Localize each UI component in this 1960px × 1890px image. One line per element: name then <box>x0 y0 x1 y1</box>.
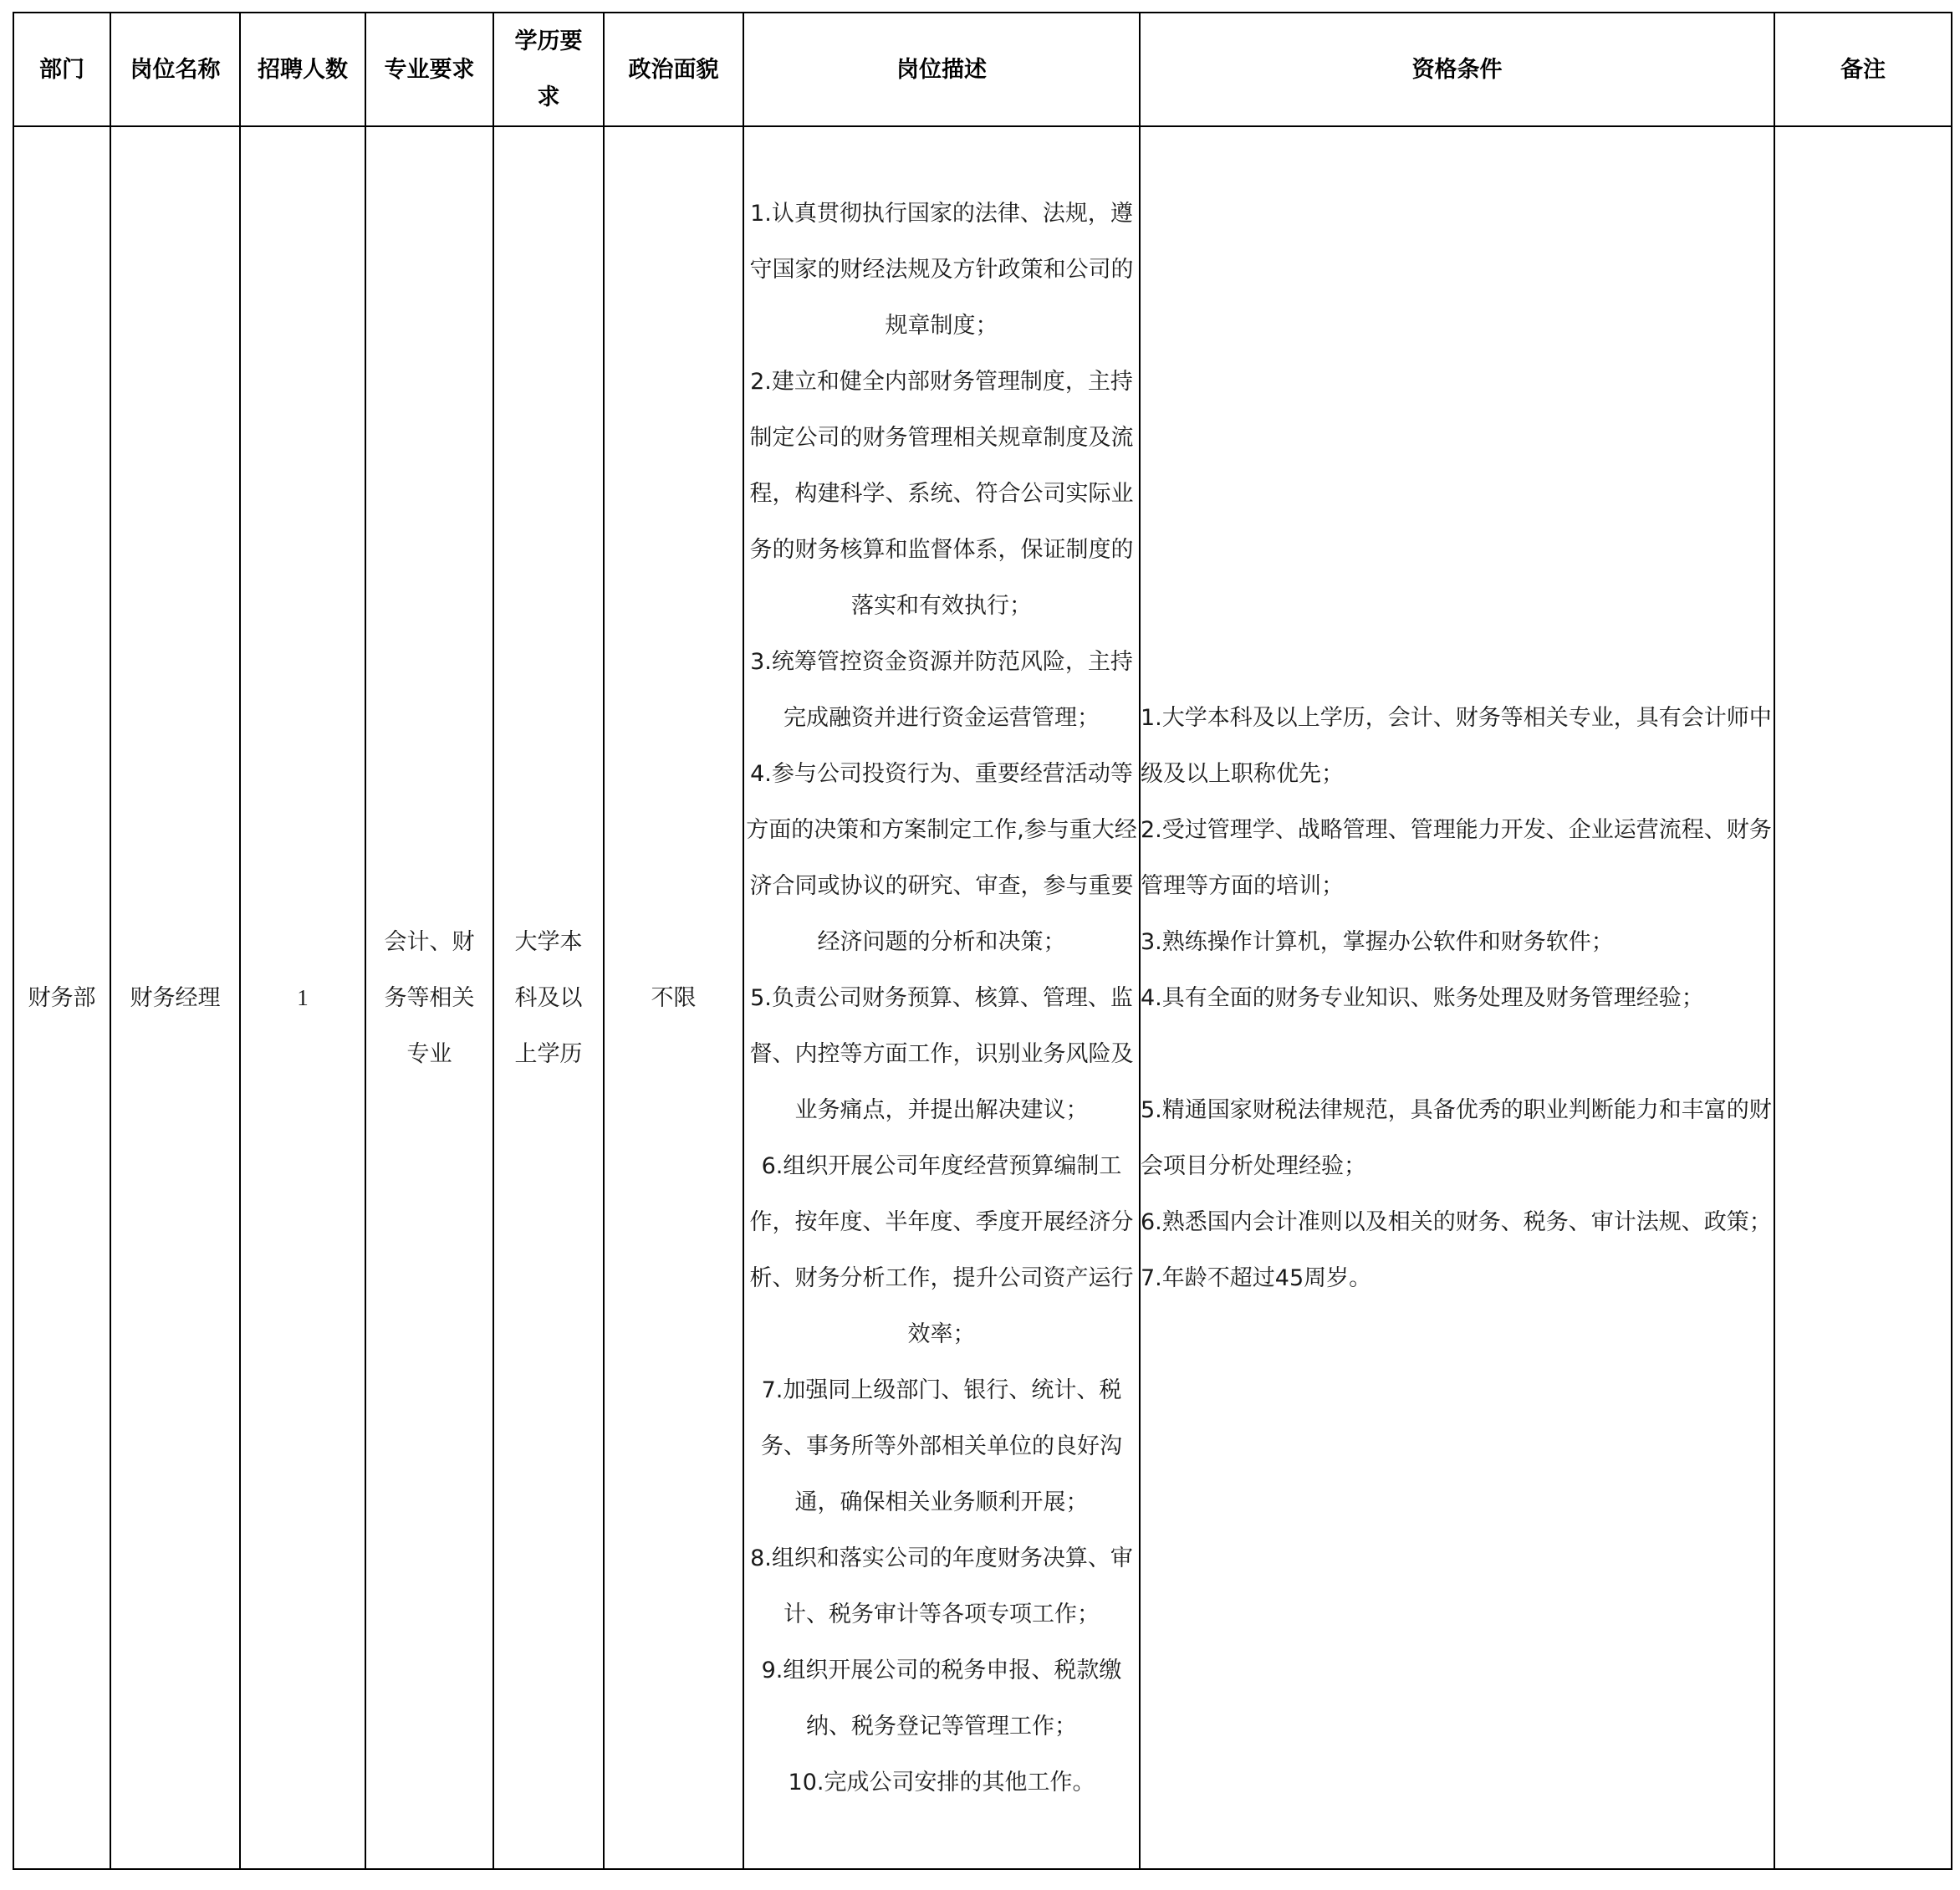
description-item: 1.认真贯彻执行国家的法律、法规，遵守国家的财经法规及方针政策和公司的规章制度； <box>744 186 1139 354</box>
description-item: 8.组织和落实公司的年度财务决算、审计、税务审计等各项专项工作； <box>744 1530 1139 1642</box>
description-item: 10.完成公司安排的其他工作。 <box>744 1755 1139 1811</box>
header-label: 资格条件 <box>1141 42 1774 98</box>
header-label: 专业要求 <box>366 42 493 98</box>
header-row: 部门 岗位名称 招聘人数 专业要求 学历要求 政治面貌 岗位描述 资格条件 备注 <box>13 13 1952 126</box>
cell-political-status: 不限 <box>604 126 743 1869</box>
header-label: 政治面貌 <box>605 42 743 98</box>
cell-department: 财务部 <box>13 126 110 1869</box>
header-education: 学历要求 <box>493 13 604 126</box>
header-label: 部门 <box>14 42 110 98</box>
cell-position: 财务经理 <box>110 126 240 1869</box>
header-headcount: 招聘人数 <box>240 13 365 126</box>
qualification-item: 7.年龄不超过45周岁。 <box>1141 1250 1774 1306</box>
header-label: 招聘人数 <box>241 42 365 98</box>
header-label: 岗位名称 <box>111 42 239 98</box>
header-department: 部门 <box>13 13 110 126</box>
description-item: 7.加强同上级部门、银行、统计、税务、事务所等外部相关单位的良好沟通，确保相关业… <box>744 1362 1139 1530</box>
blank-line <box>1141 1026 1774 1082</box>
description-item: 4.参与公司投资行为、重要经营活动等方面的决策和方案制定工作,参与重大经济合同或… <box>744 746 1139 970</box>
cell-headcount: 1 <box>240 126 365 1869</box>
cell-description: 1.认真贯彻执行国家的法律、法规，遵守国家的财经法规及方针政策和公司的规章制度；… <box>743 126 1140 1869</box>
qualification-item: 6.熟悉国内会计准则以及相关的财务、税务、审计法规、政策； <box>1141 1194 1774 1250</box>
description-item: 6.组织开展公司年度经营预算编制工作，按年度、半年度、季度开展经济分析、财务分析… <box>744 1138 1139 1362</box>
recruitment-table: 部门 岗位名称 招聘人数 专业要求 学历要求 政治面貌 岗位描述 资格条件 备注… <box>13 12 1952 1870</box>
political-status-value: 不限 <box>605 970 743 1026</box>
qualification-item: 1.大学本科及以上学历，会计、财务等相关专业，具有会计师中级及以上职称优先； <box>1141 690 1774 802</box>
headcount-value: 1 <box>241 970 365 1026</box>
description-item: 5.负责公司财务预算、核算、管理、监督、内控等方面工作，识别业务风险及业务痛点，… <box>744 970 1139 1138</box>
header-label: 岗位描述 <box>744 42 1139 98</box>
description-item: 9.组织开展公司的税务申报、税款缴纳、税务登记等管理工作； <box>744 1642 1139 1755</box>
header-remarks: 备注 <box>1774 13 1952 126</box>
header-qualifications: 资格条件 <box>1140 13 1774 126</box>
table-row: 财务部 财务经理 1 会计、财务等相关专业 大学本科及以上学历 不限 1.认真贯… <box>13 126 1952 1869</box>
header-label: 备注 <box>1775 42 1951 98</box>
cell-qualifications: 1.大学本科及以上学历，会计、财务等相关专业，具有会计师中级及以上职称优先； 2… <box>1140 126 1774 1869</box>
department-value: 财务部 <box>14 970 110 1026</box>
header-political-status: 政治面貌 <box>604 13 743 126</box>
cell-remarks <box>1774 126 1952 1869</box>
cell-major: 会计、财务等相关专业 <box>365 126 493 1869</box>
description-item: 2.建立和健全内部财务管理制度，主持制定公司的财务管理相关规章制度及流程，构建科… <box>744 354 1139 634</box>
major-value: 会计、财务等相关专业 <box>383 914 477 1082</box>
qualification-item: 4.具有全面的财务专业知识、账务处理及财务管理经验； <box>1141 970 1774 1026</box>
qualification-item: 2.受过管理学、战略管理、管理能力开发、企业运营流程、财务管理等方面的培训； <box>1141 802 1774 914</box>
description-item: 3.统筹管控资金资源并防范风险，主持完成融资并进行资金运营管理； <box>744 634 1139 746</box>
qualification-item: 3.熟练操作计算机，掌握办公软件和财务软件； <box>1141 914 1774 970</box>
qualification-item: 5.精通国家财税法律规范，具备优秀的职业判断能力和丰富的财会项目分析处理经验； <box>1141 1082 1774 1194</box>
header-major: 专业要求 <box>365 13 493 126</box>
education-value: 大学本科及以上学历 <box>513 914 584 1082</box>
header-position: 岗位名称 <box>110 13 240 126</box>
cell-education: 大学本科及以上学历 <box>493 126 604 1869</box>
position-value: 财务经理 <box>111 970 239 1026</box>
header-description: 岗位描述 <box>743 13 1140 126</box>
header-label: 学历要求 <box>513 13 584 125</box>
